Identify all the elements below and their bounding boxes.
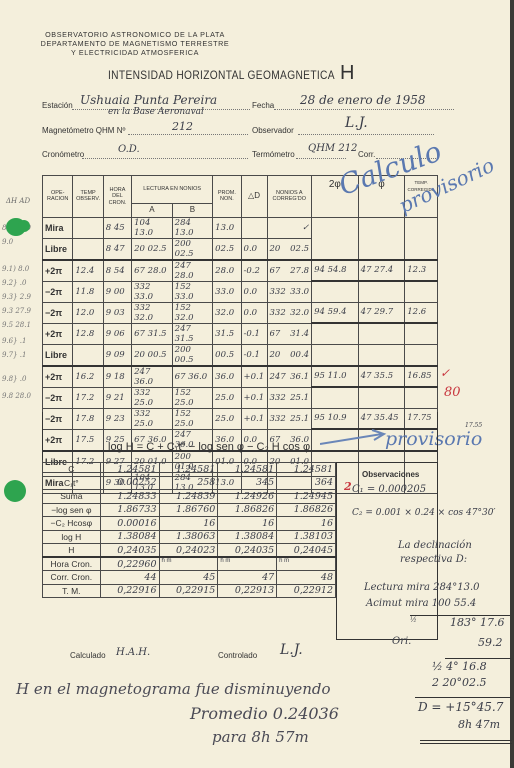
org-line-3: Y ELECTRICIDAD ATMOSFERICA (30, 49, 240, 58)
nonios-corr-cell: 6731.4 (267, 323, 312, 344)
prom-cell: 00.5 (213, 344, 241, 366)
calc-value-cell: 0.00016 (100, 517, 159, 531)
hora-cell: 9 09 (103, 344, 131, 366)
cronometro-label: Cronómetro (42, 150, 84, 159)
lectura-b-cell: 200 02.5 (172, 238, 213, 260)
decl-time: 8h 47m (458, 718, 500, 731)
lectura-b-cell: 152 32.0 (172, 302, 213, 323)
delta-cell: -0.1 (241, 323, 267, 344)
fecha-label: Fecha (252, 101, 274, 110)
calc-row: Corr. Cron.44454748 (43, 571, 336, 585)
prom-cell: 33.0 (213, 281, 241, 302)
temp-cell (73, 238, 103, 260)
two-phi-cell: 94 54.8 (312, 260, 359, 282)
lectura-b-cell: 152 25.0 (172, 387, 213, 408)
temp-corr-cell (405, 387, 438, 408)
calc-value-cell: 1.24581 (159, 463, 218, 477)
margin-note: 9.0 (2, 238, 13, 246)
reading-row: +2π12.48 5467 28.0247 28.028.0-0.26727.8… (43, 260, 438, 282)
col-prom: PROM. NON. (213, 176, 241, 218)
calc-row: Suma1.248331.248391.249261.24945 (43, 490, 336, 504)
col-lectura: LECTURA EN NONIOS (132, 176, 213, 204)
prom-cell: 36.0 (213, 366, 241, 388)
cronometro-value: O.D. (118, 144, 140, 155)
temp-cell: 17.2 (73, 387, 103, 408)
calc-row: Hora Cron.0,22960h mh mh m (43, 557, 336, 571)
delta-cell: 0.0 (241, 238, 267, 260)
prom-cell: 25.0 (213, 387, 241, 408)
calc-row-label: log H (43, 530, 101, 544)
reading-row: +2π16.29 18247 36.067 36.036.0+0.124736.… (43, 366, 438, 388)
nonios-corr-cell: 33233.0 (267, 281, 312, 302)
obs-line-3: La declinación (398, 540, 472, 551)
nonios-corr-cell: 24736.1 (267, 366, 312, 388)
calc-table: C1.245811.245811.245811.24581C₁t°0.00252… (42, 462, 336, 598)
reading-row: −2π12.09 03332 32.0152 32.032.00.033232.… (43, 302, 438, 323)
lectura-a-cell: 247 36.0 (132, 366, 173, 388)
lectura-b-cell: 247 31.5 (172, 323, 213, 344)
obs-ori: Ori. (392, 636, 411, 647)
calc-value-cell: 1.38084 (100, 530, 159, 544)
document-page: OBSERVATORIO ASTRONOMICO DE LA PLATA DEP… (0, 0, 514, 768)
prom-cell: 31.5 (213, 323, 241, 344)
page-edge (510, 0, 514, 768)
obs-line-6: Acimut mira 100 55.4 (366, 598, 476, 609)
lectura-a-cell: 332 33.0 (132, 281, 173, 302)
calc-value-cell: h m (159, 557, 218, 571)
calc-value-cell: 0,24035 (218, 544, 277, 558)
temp-cell: 16.2 (73, 366, 103, 388)
margin-note: 9.3} 2.9 (2, 293, 31, 301)
calc-value-cell: 16 (218, 517, 277, 531)
temp-corr-cell (405, 217, 438, 260)
calc-row: −C₂ Hcosφ0.00016161616 (43, 517, 336, 531)
calc-value-cell: 1.24581 (218, 463, 277, 477)
prom-cell: 32.0 (213, 302, 241, 323)
calc-value-cell: 0,22960 (100, 557, 159, 571)
calc-value-cell: 1.24945 (277, 490, 336, 504)
calc-value-cell: 1.86733 (100, 503, 159, 517)
obs-half: ½ (410, 616, 417, 624)
hora-cell: 8 47 (103, 238, 131, 260)
controlado-value: L.J. (280, 642, 303, 658)
calc-value-cell: 16 (159, 517, 218, 531)
temp-cell: 12.8 (73, 323, 103, 344)
reading-row: Libre9 0920 00.5200 00.500.5-0.12000.4 (43, 344, 438, 366)
lectura-b-cell: 247 28.0 (172, 260, 213, 282)
calc-row: T. M.0,229160,229150,229130,22912 (43, 584, 336, 598)
prom-cell: 02.5 (213, 238, 241, 260)
calc-value-cell: 0,24023 (159, 544, 218, 558)
lectura-a-cell: 20 02.5 (132, 238, 173, 260)
col-delta: △D (241, 176, 267, 218)
temp-corr-cell (405, 323, 438, 344)
calc-value-cell: 16 (277, 517, 336, 531)
temp-cell: 12.4 (73, 260, 103, 282)
col-nonios-corr: NONIOS A CORREG'DO (267, 176, 312, 218)
margin-note: 9.7} .1 (2, 351, 27, 359)
phi-cell: 47 29.7 (358, 302, 405, 323)
reading-row: −2π11.89 00332 33.0152 33.033.00.033233.… (43, 281, 438, 302)
lectura-a-cell: 332 32.0 (132, 302, 173, 323)
calc-value-cell: 1.86826 (277, 503, 336, 517)
magnetometro-label: Magnetómetro QHM Nº (42, 126, 125, 135)
prom-cell: 13.0 (213, 217, 241, 238)
calc-row-label: H (43, 544, 101, 558)
nonios-corr-cell: 2000.4 (267, 344, 312, 366)
decl-result: D = +15°45.7 (418, 700, 503, 714)
lectura-a-cell: 332 25.0 (132, 387, 173, 408)
decl-line-1: ½ 4° 16.8 (432, 660, 487, 673)
calc-value-cell: h m (277, 557, 336, 571)
phi-cell: 47 27.4 (358, 260, 405, 282)
operation-cell: Libre (43, 344, 73, 366)
calc-value-cell: 1.86826 (218, 503, 277, 517)
reading-row: −2π17.29 21332 25.0152 25.025.0+0.133225… (43, 387, 438, 408)
calc-row-label: Corr. Cron. (43, 571, 101, 585)
temp-corr-cell (405, 344, 438, 366)
delta-cell: -0.1 (241, 344, 267, 366)
temp-cell: 12.0 (73, 302, 103, 323)
phi-cell (358, 217, 405, 260)
delta-cell: 0.0 (241, 302, 267, 323)
delta-cell (241, 217, 267, 238)
temp-cell (73, 217, 103, 238)
calc-value-cell: 1.24581 (100, 463, 159, 477)
calc-value-cell: 0,22913 (218, 584, 277, 598)
phi-cell (358, 281, 405, 302)
phi-cell (358, 387, 405, 408)
delta-cell: -0.2 (241, 260, 267, 282)
calc-row: C₁t°0.00252258345364 (43, 476, 336, 490)
calc-row-label: −C₂ Hcosφ (43, 517, 101, 531)
observador-value: L.J. (345, 115, 368, 131)
hora-cell: 9 18 (103, 366, 131, 388)
delta-cell: +0.1 (241, 366, 267, 388)
calc-row-label: −log sen φ (43, 503, 101, 517)
col-temp: TEMP OBSERV. (73, 176, 103, 218)
lectura-b-cell: 67 36.0 (172, 366, 213, 388)
operation-cell: −2π (43, 281, 73, 302)
calculado-label: Calculado (70, 651, 106, 660)
two-phi-cell (312, 281, 359, 302)
hora-cell: 9 00 (103, 281, 131, 302)
para-note: para 8h 57m (212, 728, 309, 746)
form-title: INTENSIDAD HORIZONTAL GEOMAGNETICA (108, 68, 335, 82)
formula-box (42, 412, 438, 460)
obs-line-7: 183° 17.6 (450, 616, 504, 629)
calc-row: log H1.380841.380631.380841.38103 (43, 530, 336, 544)
lectura-b-cell: 152 33.0 (172, 281, 213, 302)
nonios-corr-cell: 2002.5 (267, 238, 312, 260)
calc-value-cell: 1.24833 (100, 490, 159, 504)
obs-line-1: C₁ = 0.000205 (352, 484, 426, 495)
phi-cell (358, 344, 405, 366)
nonios-corr-cell: 6727.8 (267, 260, 312, 282)
lectura-a-cell: 104 13.0 (132, 217, 173, 238)
calc-value-cell: 1.24926 (218, 490, 277, 504)
calc-value-cell: 1.38063 (159, 530, 218, 544)
margin-header: ΔH AD (6, 197, 30, 205)
form-title-symbol: H (340, 62, 354, 85)
operation-cell: Libre (43, 238, 73, 260)
two-phi-cell (312, 217, 359, 260)
nonios-corr-cell: 33225.1 (267, 387, 312, 408)
margin-note: 9.2} .0 (2, 279, 27, 287)
calc-value-cell: 0,24045 (277, 544, 336, 558)
phi-cell (358, 323, 405, 344)
obs-line-2: C₂ = 0.001 × 0.24 × cos 47°30′ (352, 508, 495, 518)
operation-cell: −2π (43, 302, 73, 323)
hora-cell: 8 54 (103, 260, 131, 282)
lectura-a-cell: 67 31.5 (132, 323, 173, 344)
calc-value-cell: 0,22916 (100, 584, 159, 598)
operation-cell: +2π (43, 323, 73, 344)
temp-corr-cell (405, 281, 438, 302)
calc-value-cell: 0,24035 (100, 544, 159, 558)
lectura-a-cell: 20 00.5 (132, 344, 173, 366)
decl-line-2: 2 20°02.5 (432, 676, 486, 689)
calc-row: H0,240350,240230,240350,24045 (43, 544, 336, 558)
estacion-value: Ushuaia Punta Pereira (80, 93, 217, 107)
red-80: 80 (444, 385, 461, 400)
hora-cell: 9 03 (103, 302, 131, 323)
calc-row: −log sen φ1.867331.867601.868261.86826 (43, 503, 336, 517)
calc-row-label: Suma (43, 490, 101, 504)
lectura-b-cell: 284 13.0 (172, 217, 213, 238)
calc-value-cell: 0,22915 (159, 584, 218, 598)
delta-cell: +0.1 (241, 387, 267, 408)
hora-cell: 9 06 (103, 323, 131, 344)
estacion-label: Estación (42, 101, 73, 110)
operation-cell: +2π (43, 260, 73, 282)
calculado-value: H.A.H. (116, 647, 150, 658)
calc-value-cell: 1.24839 (159, 490, 218, 504)
termometro-value: QHM 212 (308, 143, 357, 154)
red-check: ✓ (440, 366, 450, 380)
promedio-note: Promedio 0.24036 (190, 704, 339, 723)
operation-cell: Mira (43, 217, 73, 238)
nonios-corr-cell: 33232.0 (267, 302, 312, 323)
lectura-b-cell: 200 00.5 (172, 344, 213, 366)
lectura-a-cell: 67 28.0 (132, 260, 173, 282)
col-operacion: OPE-RACION (43, 176, 73, 218)
punch-hole (18, 220, 30, 232)
prom-cell: 28.0 (213, 260, 241, 282)
calc-value-cell: 0,22912 (277, 584, 336, 598)
calc-value-cell: 364 (277, 476, 336, 490)
controlado-label: Controlado (218, 651, 257, 660)
calc-row-label: C (43, 463, 101, 477)
two-phi-cell: 95 11.0 (312, 366, 359, 388)
calc-value-cell: 47 (218, 571, 277, 585)
temp-corr-cell: 12.6 (405, 302, 438, 323)
col-b: B (172, 204, 213, 218)
red-2: 2 (344, 480, 352, 493)
observador-label: Observador (252, 126, 294, 135)
col-a: A (132, 204, 173, 218)
termometro-label: Termómetro (252, 150, 295, 159)
obs-line-8: 59.2 (478, 636, 503, 649)
operation-cell: −2π (43, 387, 73, 408)
calc-value-cell: 1.38084 (218, 530, 277, 544)
calc-value-cell: 1.38103 (277, 530, 336, 544)
magnetograma-note: H en el magnetograma fue disminuyendo (16, 680, 331, 698)
margin-note: 9.8 28.0 (2, 392, 31, 400)
col-hora: HORA DEL CRON. (103, 176, 131, 218)
temp-corr-cell: 16.85 (405, 366, 438, 388)
temp-cell: 11.8 (73, 281, 103, 302)
calc-value-cell: 1.86760 (159, 503, 218, 517)
two-phi-cell: 94 59.4 (312, 302, 359, 323)
calc-value-cell: 48 (277, 571, 336, 585)
reading-row: +2π12.89 0667 31.5247 31.531.5-0.16731.4 (43, 323, 438, 344)
phi-cell: 47 35.5 (358, 366, 405, 388)
calc-row-label: C₁t° (43, 476, 101, 490)
calc-value-cell: h m (218, 557, 277, 571)
two-phi-cell (312, 323, 359, 344)
calc-row-label: T. M. (43, 584, 101, 598)
punch-hole (4, 480, 26, 502)
temp-cell (73, 344, 103, 366)
operation-cell: +2π (43, 366, 73, 388)
estacion-note: en la Base Aeronaval (108, 107, 204, 117)
calc-value-cell: 258 (159, 476, 218, 490)
hora-cell: 8 45 (103, 217, 131, 238)
calc-row: C1.245811.245811.245811.24581 (43, 463, 336, 477)
temp-corr-cell: 12.3 (405, 260, 438, 282)
calc-value-cell: 345 (218, 476, 277, 490)
magnetometro-value: 212 (172, 120, 193, 133)
two-phi-cell (312, 344, 359, 366)
two-phi-cell (312, 387, 359, 408)
calc-row-label: Hora Cron. (43, 557, 101, 571)
margin-note: 9.1) 8.0 (2, 265, 29, 273)
fecha-value: 28 de enero de 1958 (300, 93, 426, 107)
hora-cell: 9 21 (103, 387, 131, 408)
margin-note: 9.5 28.1 (2, 321, 31, 329)
nonios-corr-cell: ✓ (267, 217, 312, 238)
calc-value-cell: 0.00252 (100, 476, 159, 490)
calc-value-cell: 45 (159, 571, 218, 585)
reading-row: Mira8 45104 13.0284 13.013.0✓ (43, 217, 438, 238)
observaciones-title: Observaciones (362, 470, 419, 479)
obs-line-4: respectiva D: (400, 554, 467, 565)
delta-cell: 0.0 (241, 281, 267, 302)
calc-value-cell: 44 (100, 571, 159, 585)
provisorio-time: 17.55 (465, 422, 482, 429)
margin-note: 9.8} .0 (2, 375, 27, 383)
calc-value-cell: 1.24581 (277, 463, 336, 477)
margin-note: 9.3 27.9 (2, 307, 31, 315)
margin-note: 9.6} .1 (2, 337, 27, 345)
obs-line-5: Lectura mira 284°13.0 (364, 582, 480, 593)
